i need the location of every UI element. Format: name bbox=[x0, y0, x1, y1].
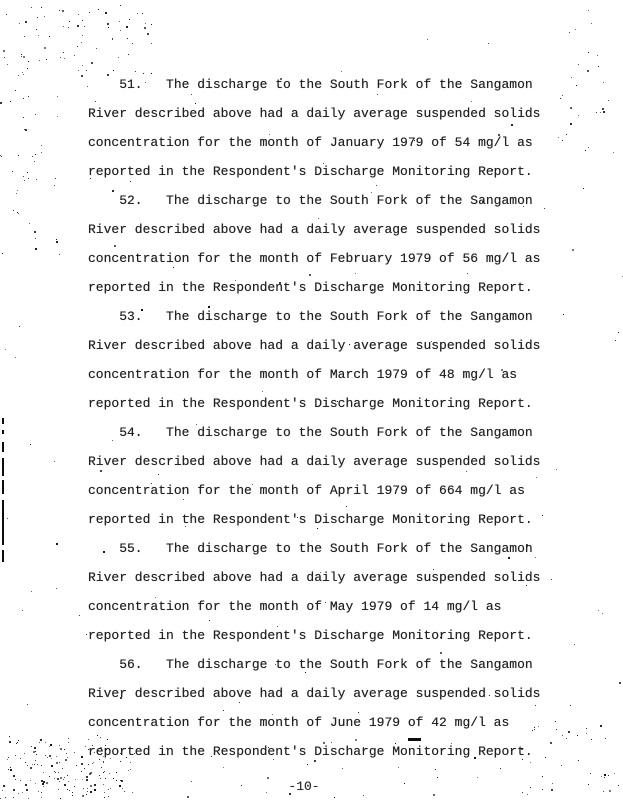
scan-line-artifact bbox=[2, 442, 4, 452]
scan-line-artifact bbox=[2, 458, 4, 476]
paragraph-55: 55. The discharge to the South Fork of t… bbox=[88, 534, 568, 650]
paragraph-line: River described above had a daily averag… bbox=[88, 215, 568, 244]
scan-line-artifact bbox=[2, 418, 4, 424]
paragraph-line: reported in the Respondent's Discharge M… bbox=[88, 157, 568, 186]
paragraph-line: River described above had a daily averag… bbox=[88, 679, 568, 708]
paragraph-line: reported in the Respondent's Discharge M… bbox=[88, 273, 568, 302]
page-number: -10- bbox=[0, 779, 608, 794]
paragraph-56: 56. The discharge to the South Fork of t… bbox=[88, 650, 568, 766]
scan-line-artifact bbox=[2, 430, 4, 434]
paragraph-line: concentration for the month of March 197… bbox=[88, 360, 568, 389]
paragraph-line: 52. The discharge to the South Fork of t… bbox=[88, 186, 568, 215]
paragraph-line: 56. The discharge to the South Fork of t… bbox=[88, 650, 568, 679]
document-page: 51. The discharge to the South Fork of t… bbox=[0, 0, 623, 800]
scan-line-artifact bbox=[2, 500, 4, 545]
paragraph-line: 54. The discharge to the South Fork of t… bbox=[88, 418, 568, 447]
paragraph-line: concentration for the month of February … bbox=[88, 244, 568, 273]
paragraph-line: reported in the Respondent's Discharge M… bbox=[88, 737, 568, 766]
paragraph-line: River described above had a daily averag… bbox=[88, 563, 568, 592]
scan-line-artifact bbox=[2, 480, 4, 494]
paragraph-54: 54. The discharge to the South Fork of t… bbox=[88, 418, 568, 534]
scan-line-artifact bbox=[2, 550, 4, 562]
paragraph-line: concentration for the month of June 1979… bbox=[88, 708, 568, 737]
paragraph-line: River described above had a daily averag… bbox=[88, 99, 568, 128]
paragraph-line: concentration for the month of May 1979 … bbox=[88, 592, 568, 621]
paragraph-53: 53. The discharge to the South Fork of t… bbox=[88, 302, 568, 418]
paragraph-line: concentration for the month of April 197… bbox=[88, 476, 568, 505]
paragraph-51: 51. The discharge to the South Fork of t… bbox=[88, 70, 568, 186]
paragraph-line: 51. The discharge to the South Fork of t… bbox=[88, 70, 568, 99]
paragraph-line: 55. The discharge to the South Fork of t… bbox=[88, 534, 568, 563]
paragraph-line: reported in the Respondent's Discharge M… bbox=[88, 389, 568, 418]
paragraph-line: River described above had a daily averag… bbox=[88, 447, 568, 476]
paragraph-line: 53. The discharge to the South Fork of t… bbox=[88, 302, 568, 331]
document-body: 51. The discharge to the South Fork of t… bbox=[88, 70, 568, 766]
paragraph-52: 52. The discharge to the South Fork of t… bbox=[88, 186, 568, 302]
paragraph-line: concentration for the month of January 1… bbox=[88, 128, 568, 157]
paragraph-line: River described above had a daily averag… bbox=[88, 331, 568, 360]
paragraph-line: reported in the Respondent's Discharge M… bbox=[88, 621, 568, 650]
paragraph-line: reported in the Respondent's Discharge M… bbox=[88, 505, 568, 534]
